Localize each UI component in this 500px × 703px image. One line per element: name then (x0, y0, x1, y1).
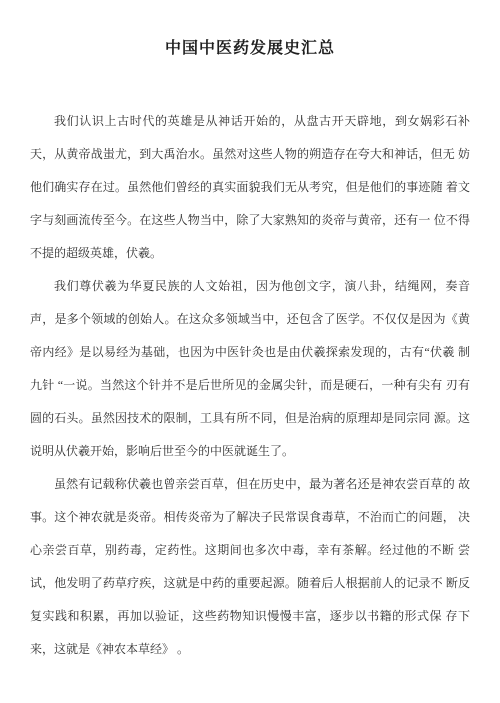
document-page: 中国中医药发展史汇总 我们认识上古时代的英雄是从神话开始的，从盘古开天辟地，到女… (0, 0, 500, 703)
document-title: 中国中医药发展史汇总 (30, 38, 470, 60)
paragraph: 我们尊伏羲为华夏民族的人文始祖，因为他创文字，演八卦，结绳网，奏音 声，是多个领… (30, 270, 470, 468)
paragraph: 虽然有记载称伏羲也曾亲尝百草，但在历史中，最为著名还是神农尝百草的 故事。这个神… (30, 468, 470, 666)
paragraph: 我们认识上古时代的英雄是从神话开始的，从盘古开天辟地，到女娲彩石补 天，从黄帝战… (30, 105, 470, 270)
document-body: 我们认识上古时代的英雄是从神话开始的，从盘古开天辟地，到女娲彩石补 天，从黄帝战… (30, 105, 470, 666)
